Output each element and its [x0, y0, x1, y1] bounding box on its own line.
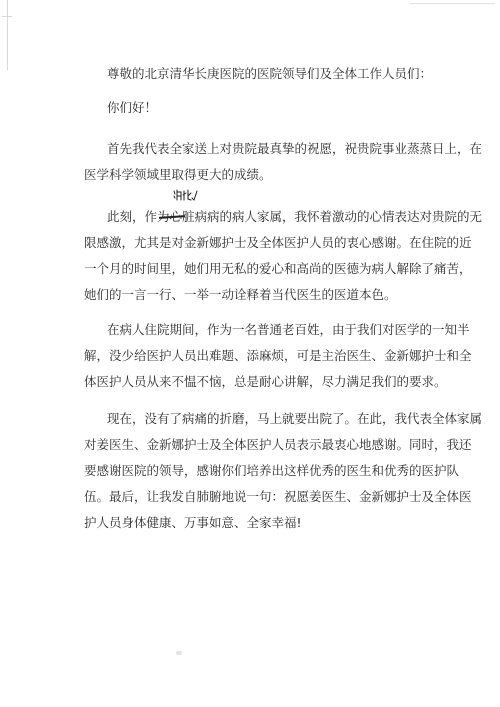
handwritten-annotation — [172, 188, 198, 202]
scan-edge-top-mark — [410, 3, 495, 4]
paragraph-3-line-3: 体医护人员从来不愠不恼，总是耐心讲解，尽力满足我们的要求。 — [84, 374, 447, 390]
paragraph-4-line-4: 伍。最后，让我发自肺腑地说一句：祝愿姜医生、金新娜护士及全体医 — [84, 489, 472, 505]
salutation: 尊敬的北京清华长庚医院的医院领导们及全体工作人员们： — [107, 66, 432, 82]
scan-edge-tick — [2, 16, 12, 17]
paragraph-2-line-1: 此刻，作为心脏病病的病人家属，我怀着激动的心情表达对贵院的无 — [107, 209, 482, 225]
letter-page: 尊敬的北京清华长庚医院的医院领导们及全体工作人员们： 你们好！ 首先我代表全家送… — [0, 0, 500, 707]
scan-edge-mark — [7, 0, 8, 70]
paragraph-2-line-3: 一个月的时间里，她们用无私的爱心和高尚的医德为病人解除了痛苦， — [84, 261, 472, 277]
paragraph-4-line-5: 护人员身体健康、万事如意、全家幸福! — [84, 515, 302, 531]
paragraph-2-line-4: 她们的一言一行、一举一动诠释着当代医生的医道本色。 — [84, 287, 397, 303]
paragraph-2-line-2: 限感激，尤其是对金新娜护士及全体医护人员的衷心感谢。在住院的近 — [84, 235, 472, 251]
scan-speck — [176, 651, 182, 655]
paragraph-1-line-2: 医学科学领域里取得更大的成绩。 — [84, 167, 272, 183]
paragraph-4-line-3: 要感谢医院的领导，感谢你们培养出这样优秀的医生和优秀的医护队 — [84, 463, 459, 479]
paragraph-3-line-1: 在病人住院期间，作为一名普通老百姓，由于我们对医学的一知半 — [107, 322, 470, 338]
greeting: 你们好！ — [107, 100, 157, 116]
paragraph-4-line-2: 对姜医生、金新娜护士及全体医护人员表示最衷心地感谢。同时，我还 — [84, 437, 472, 453]
paragraph-1-line-1: 首先我代表全家送上对贵院最真挚的祝愿，祝贵院事业蒸蒸日上，在 — [107, 141, 482, 157]
paragraph-4-line-1: 现在，没有了病痛的折磨，马上就要出院了。在此，我代表全体家属 — [107, 411, 482, 427]
paragraph-3-line-2: 解，没少给医护人员出难题、添麻烦，可是主治医生、金新娜护士和全 — [84, 348, 472, 364]
